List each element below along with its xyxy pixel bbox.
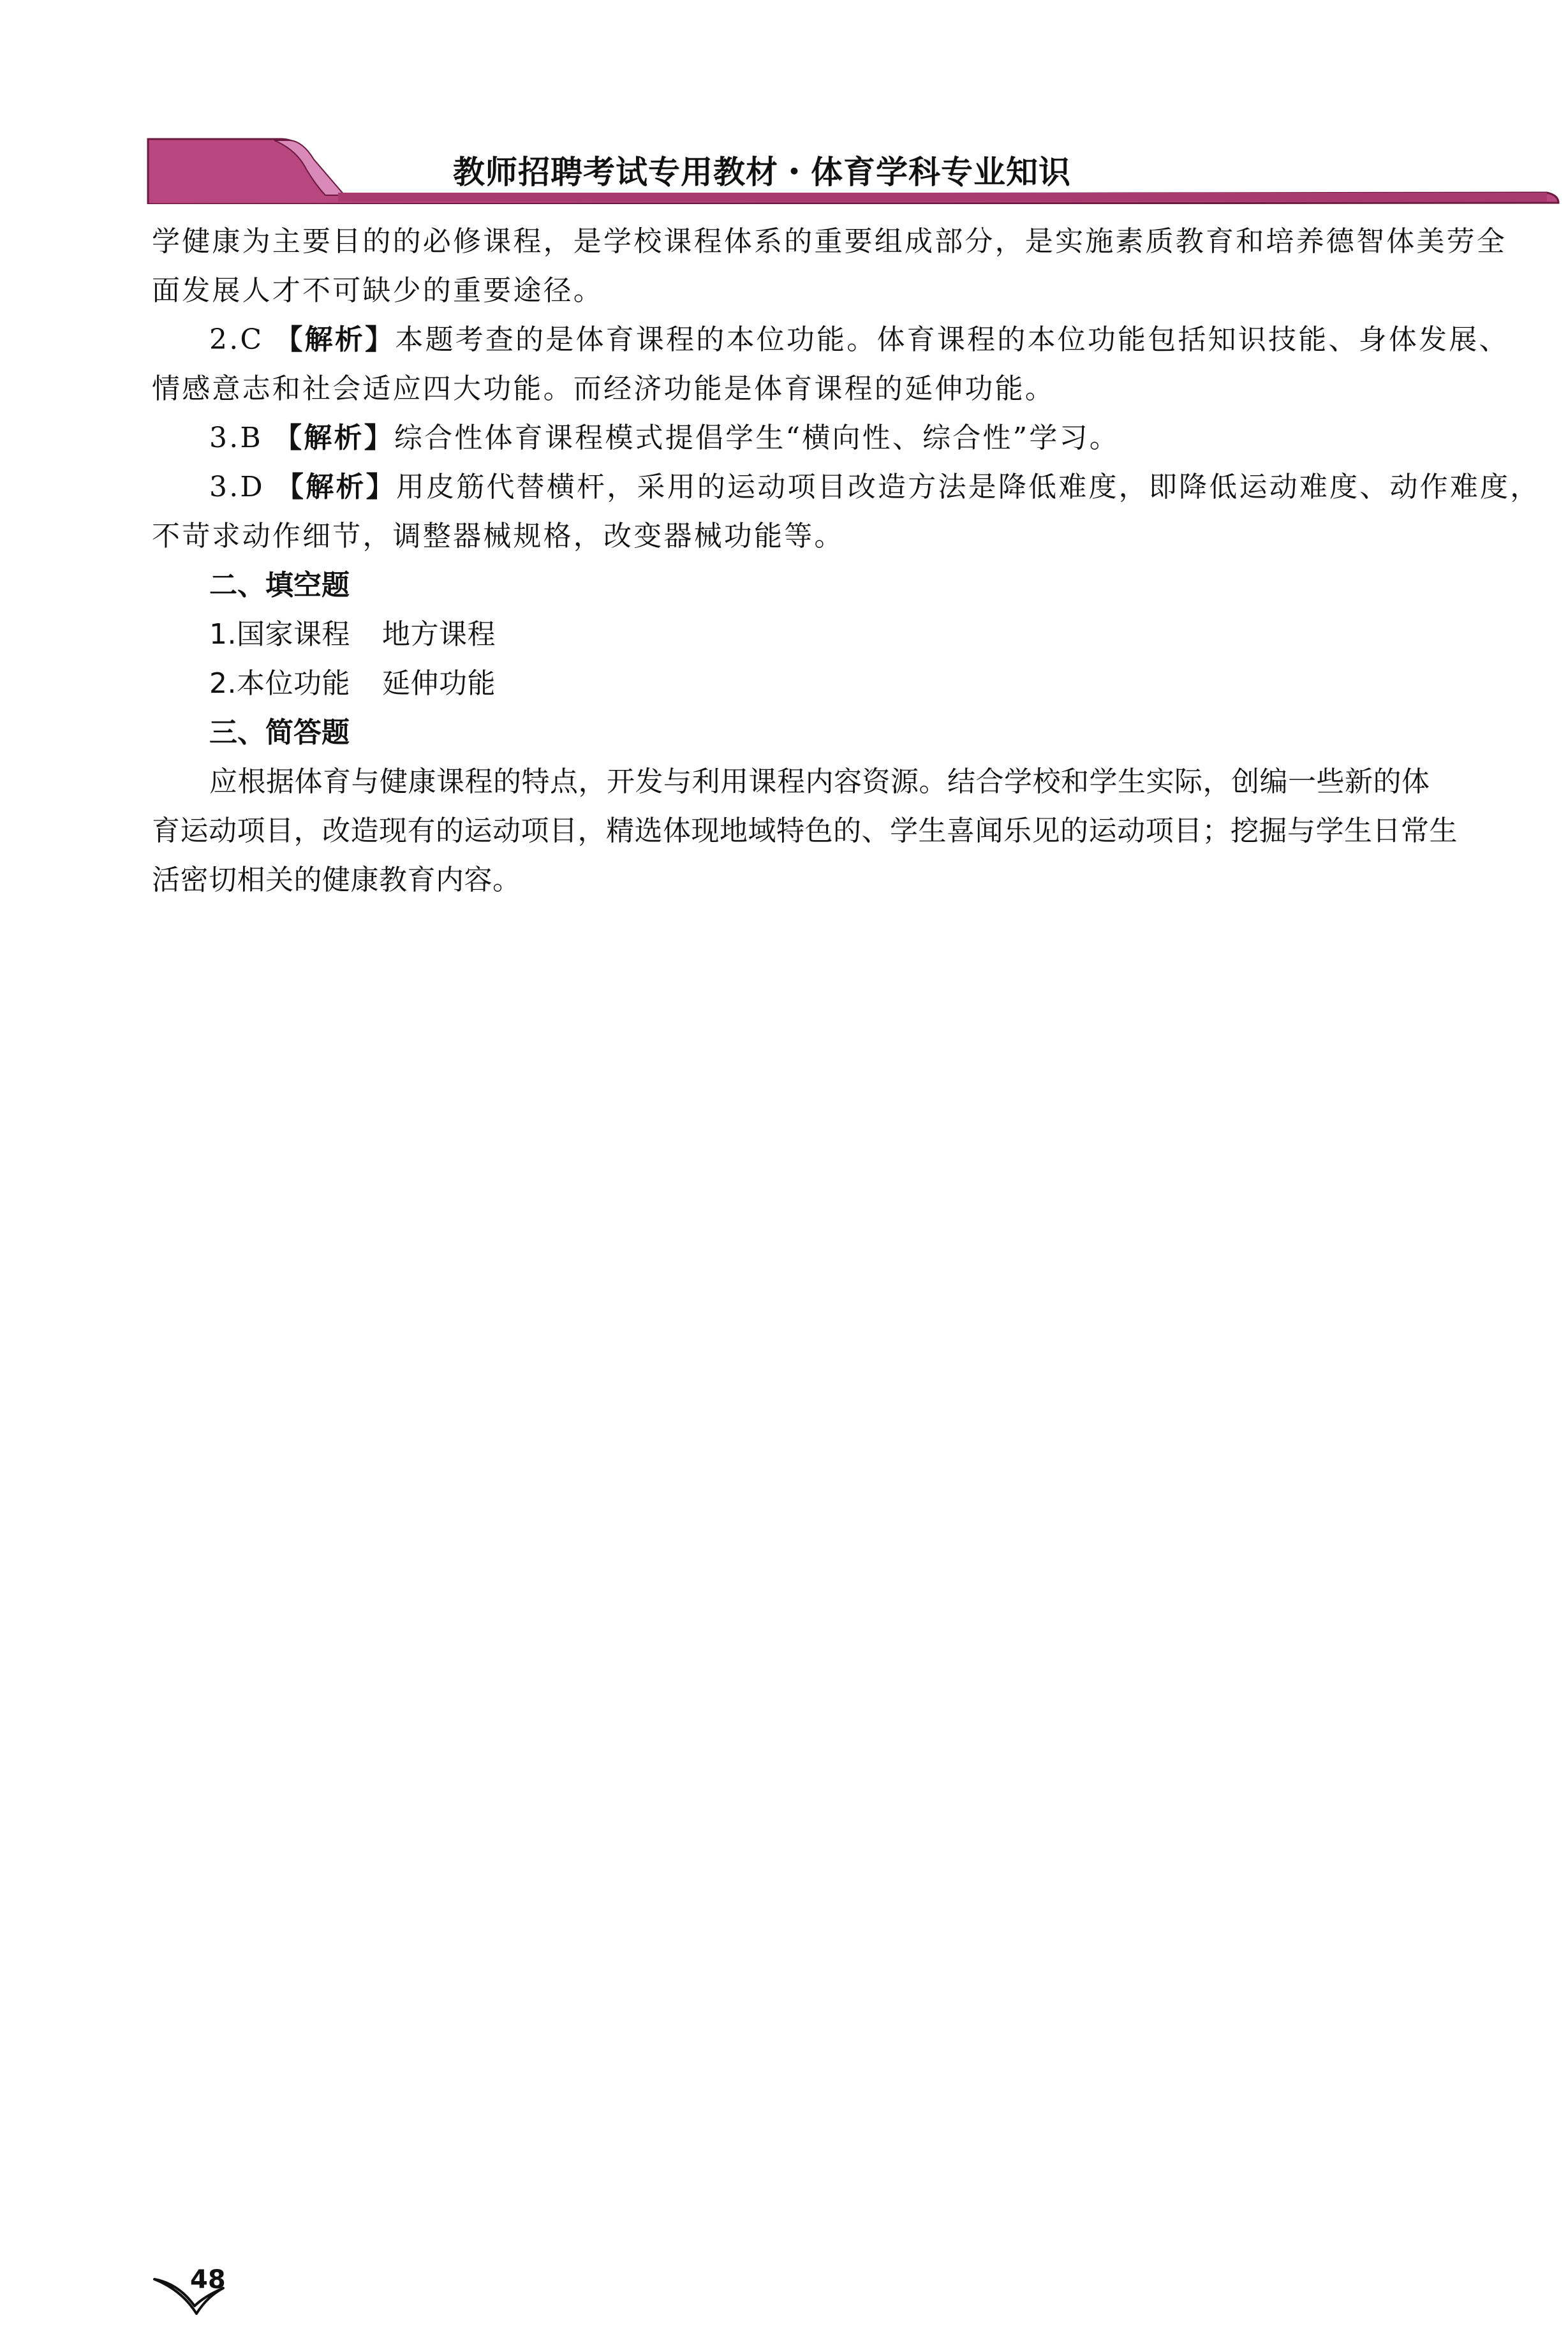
answer-text: 不苛求动作细节，调整器械规格，改变器械功能等。 bbox=[152, 512, 1542, 561]
short-answer-line: 应根据体育与健康课程的特点，开发与利用课程内容资源。结合学校和学生实际，创编一些… bbox=[152, 757, 1542, 806]
answer-3b: 3.B 【解析】综合性体育课程模式提倡学生“横向性、综合性”学习。 bbox=[152, 413, 1542, 462]
answer-text: 综合性体育课程模式提倡学生“横向性、综合性”学习。 bbox=[394, 422, 1120, 454]
item-answer: 国家课程 bbox=[237, 618, 350, 651]
answer-text: 情感意志和社会适应四大功能。而经济功能是体育课程的延伸功能。 bbox=[152, 364, 1542, 413]
short-answer-line: 育运动项目，改造现有的运动项目，精选体现地域特色的、学生喜闻乐见的运动项目；挖掘… bbox=[152, 806, 1542, 855]
answer-2c: 2.C 【解析】本题考查的是体育课程的本位功能。体育课程的本位功能包括知识技能、… bbox=[152, 315, 1542, 364]
section-heading-short-answer: 三、简答题 bbox=[152, 708, 1542, 757]
analysis-tag: 【解析】 bbox=[274, 323, 395, 356]
short-answer-line: 活密切相关的健康教育内容。 bbox=[152, 855, 1542, 905]
book-title: 教师招聘考试专用教材・体育学科专业知识 bbox=[453, 147, 1071, 193]
page-footer: 48 bbox=[153, 2268, 268, 2319]
fill-blank-item: 1.国家课程地方课程 bbox=[152, 610, 1542, 659]
analysis-tag: 【解析】 bbox=[274, 422, 394, 454]
paragraph-line: 学健康为主要目的的必修课程，是学校课程体系的重要组成部分，是实施素质教育和培养德… bbox=[152, 217, 1542, 266]
item-number: 1. bbox=[209, 618, 237, 651]
page-number: 48 bbox=[190, 2265, 226, 2295]
analysis-tag: 【解析】 bbox=[276, 471, 396, 503]
paragraph-line: 面发展人才不可缺少的重要途径。 bbox=[152, 266, 1542, 315]
fill-blank-item: 2.本位功能延伸功能 bbox=[152, 659, 1542, 708]
answer-label: 3.D bbox=[209, 471, 265, 503]
answer-label: 2.C bbox=[209, 323, 263, 356]
answer-text: 用皮筋代替横杆，采用的运动项目改造方法是降低难度，即降低运动难度、动作难度， bbox=[396, 471, 1541, 503]
item-answer: 延伸功能 bbox=[382, 667, 496, 700]
item-number: 2. bbox=[209, 667, 237, 700]
section-heading-fill-blank: 二、填空题 bbox=[152, 561, 1542, 610]
answer-3d: 3.D 【解析】用皮筋代替横杆，采用的运动项目改造方法是降低难度，即降低运动难度… bbox=[152, 462, 1542, 512]
page-body: 学健康为主要目的的必修课程，是学校课程体系的重要组成部分，是实施素质教育和培养德… bbox=[152, 217, 1542, 905]
answer-text: 本题考查的是体育课程的本位功能。体育课程的本位功能包括知识技能、身体发展、 bbox=[395, 323, 1509, 356]
item-answer: 地方课程 bbox=[382, 618, 496, 651]
item-answer: 本位功能 bbox=[237, 667, 350, 700]
page-header: 教师招聘考试专用教材・体育学科专业知识 bbox=[147, 134, 1560, 204]
answer-label: 3.B bbox=[209, 422, 263, 454]
